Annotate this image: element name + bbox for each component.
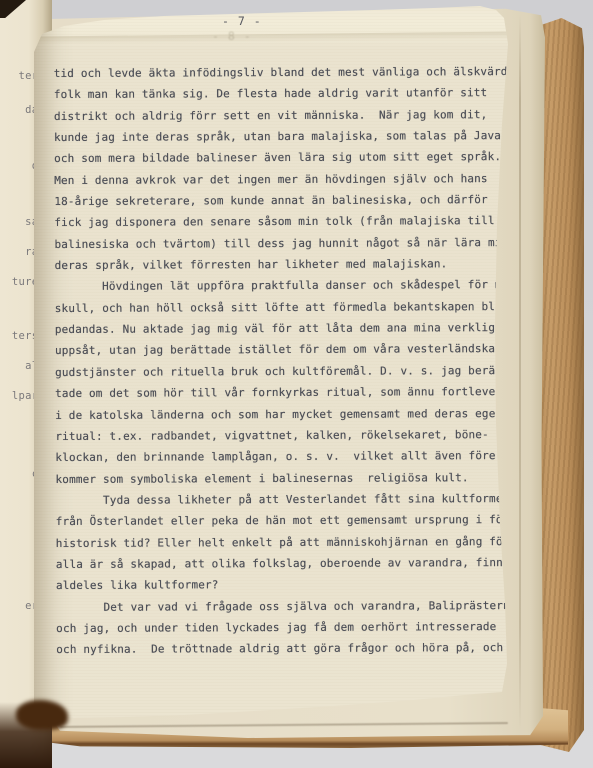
- typewritten-line: distrikt och aldrig förr sett en vit män…: [54, 104, 512, 127]
- typewritten-line: skull, och han höll också sitt löfte att…: [55, 296, 513, 319]
- book-page-photo: ter, das om sa, ra- ture" ters! al- lpar…: [0, 0, 593, 768]
- typewritten-line: aldeles lika kultformer?: [56, 573, 514, 596]
- typewritten-line: Det var vad vi frågade oss själva och va…: [56, 595, 514, 618]
- typewritten-line: historisk tid? Eller helt enkelt på att …: [56, 531, 514, 554]
- typewritten-line: uppsåt, utan jag berättade istället för …: [55, 338, 513, 361]
- typewritten-line: i de katolska länderna och som har mycke…: [55, 403, 513, 426]
- typewritten-line: deras språk, vilket förresten har likhet…: [55, 253, 513, 276]
- typewritten-line: balinesiska och tvärtom) till dess jag h…: [54, 232, 512, 255]
- page-number-bleedthrough: - 8 -: [212, 29, 252, 43]
- typewritten-line: tid och levde äkta infödingsliv bland de…: [54, 61, 512, 84]
- typewritten-line: ritual: t.ex. radbandet, vigvattnet, kal…: [55, 424, 513, 447]
- typewritten-line: från Österlandet eller peka de hän mot e…: [56, 509, 514, 532]
- typewritten-line: kunde jag inte deras språk, utan bara ma…: [54, 125, 512, 148]
- page-number: - 7 -: [222, 14, 262, 28]
- typewritten-line: kommer som symboliska element i balinese…: [55, 467, 513, 490]
- typewritten-line: och nyfikna. De tröttnade aldrig att gör…: [56, 637, 514, 660]
- typewritten-line: klockan, den brinnande lamplågan, o. s. …: [55, 445, 513, 468]
- typewritten-line: folk man kan tänka sig. De flesta hade a…: [54, 82, 512, 105]
- manuscript-page: - 7 - - 8 - tid och levde äkta infödings…: [34, 4, 520, 728]
- typewritten-line: Tyda dessa likheter på att Vesterlandet …: [56, 488, 514, 511]
- typewritten-line: Men i denna avkrok var det ingen mer än …: [54, 168, 512, 191]
- typewritten-line: gudstjänster och rituella bruk och kultf…: [55, 360, 513, 383]
- typewritten-line: 18-årige sekreterare, som kunde annat än…: [54, 189, 512, 212]
- typewritten-line: alla är så skapad, att olika folkslag, o…: [56, 552, 514, 575]
- page-crease-line: [519, 14, 521, 730]
- binding-dark-spot: [16, 700, 68, 730]
- typewritten-line: pedandas. Nu aktade jag mig väl för att …: [55, 317, 513, 340]
- typewritten-text-block: tid och levde äkta infödingsliv bland de…: [54, 61, 515, 661]
- typewritten-line: Hövdingen lät uppföra praktfulla danser …: [55, 274, 513, 297]
- typewritten-line: tade om det som hör till vår fornkyrkas …: [55, 381, 513, 404]
- deckle-edge-shade: [34, 31, 520, 44]
- typewritten-line: och jag, och under tiden lyckades jag få…: [56, 616, 514, 639]
- typewritten-line: fick jag disponera den senare såsom min …: [54, 210, 512, 233]
- typewritten-line: och som mera bildade balineser även lära…: [54, 146, 512, 169]
